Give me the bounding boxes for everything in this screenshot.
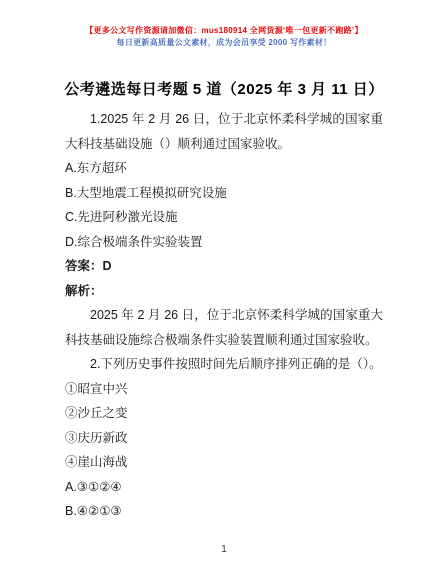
promo-header: 【更多公文写作资源请加微信：mus180914 全网货源‘唯一包更新不跑路’】 … <box>0 0 448 49</box>
question-1-analysis-text: 2025 年 2 月 26 日，位于北京怀柔科学城的国家重大科技基础设施综合极端… <box>65 303 383 352</box>
question-1-stem: 1.2025 年 2 月 26 日，位于北京怀柔科学城的国家重大科技基础设施（）… <box>65 107 383 156</box>
question-1-option-a: A.东方超环 <box>65 156 383 181</box>
promo-line-blue: 每日更新高质量公文素材，成为会员享受 2000 写作素材！ <box>0 37 448 49</box>
document-body: 1.2025 年 2 月 26 日，位于北京怀柔科学城的国家重大科技基础设施（）… <box>65 107 383 524</box>
question-2-stem: 2.下列历史事件按照时间先后顺序排列正确的是（）。 <box>65 352 383 377</box>
question-2-item-2: ②沙丘之变 <box>65 401 383 426</box>
question-2-option-a: A.③①②④ <box>65 475 383 500</box>
question-1-option-c: C.先进阿秒激光设施 <box>65 205 383 230</box>
question-1-option-b: B.大型地震工程模拟研究设施 <box>65 181 383 206</box>
question-2-item-3: ③庆历新政 <box>65 426 383 451</box>
question-1-answer: 答案：D <box>65 254 383 279</box>
question-1-analysis-label: 解析： <box>65 279 383 304</box>
question-1-option-d: D.综合极端条件实验装置 <box>65 230 383 255</box>
document-page: 【更多公文写作资源请加微信：mus180914 全网货源‘唯一包更新不跑路’】 … <box>0 0 448 580</box>
page-title: 公考遴选每日考题 5 道（2025 年 3 月 11 日） <box>0 79 448 101</box>
question-2-option-b: B.④②①③ <box>65 499 383 524</box>
question-2-item-1: ①昭宣中兴 <box>65 377 383 402</box>
question-2-item-4: ④崖山海战 <box>65 450 383 475</box>
page-number: 1 <box>0 544 448 556</box>
promo-line-red: 【更多公文写作资源请加微信：mus180914 全网货源‘唯一包更新不跑路’】 <box>0 25 448 37</box>
